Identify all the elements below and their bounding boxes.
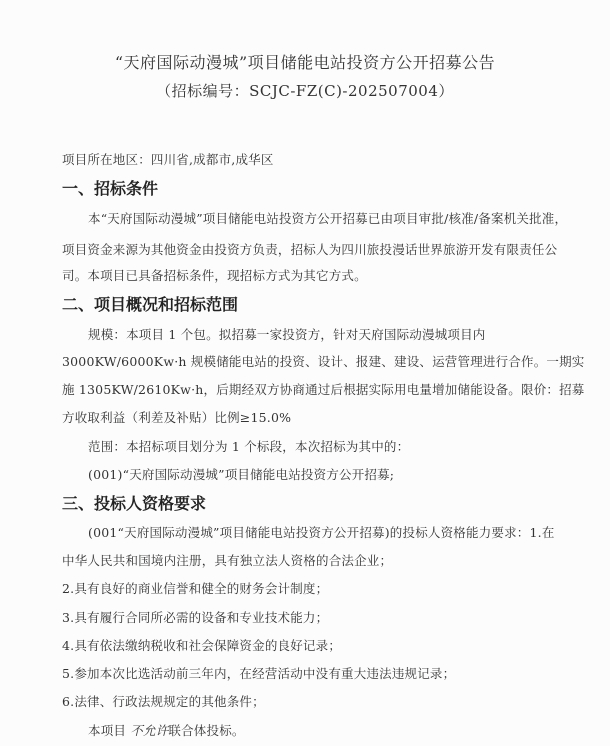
section-3-line: 3.具有履行合同所必需的设备和专业技术能力； (62, 608, 328, 626)
section-1-line: 本“天府国际动漫城”项目储能电站投资方公开招募已由项目审批/核准/备案机关批准， (88, 209, 567, 227)
section-2-line: 3000KW/6000Kw·h 规模储能电站的投资、设计、报建、建设、运营管理进… (62, 352, 585, 370)
section-2-line: 规模：本项目 1 个包。拟招募一家投资方，针对天府国际动漫城项目内 (88, 325, 486, 343)
section-heading-3: 三、投标人资格要求 (62, 491, 206, 514)
section-1-line: 司。本项目已具备招标条件，现招标方式为其它方式。 (62, 266, 367, 284)
section-3-line: 2.具有良好的商业信誉和健全的财务会计制度； (62, 579, 328, 597)
section-1-line: 项目资金来源为其他资金由投资方负责，招标人为四川旅投漫话世界旅游开发有限责任公 (62, 240, 557, 258)
section-2-line: 方收取利益（利差及补贴）比例≥15.0% (62, 408, 291, 426)
consortium-note-emphasis: 不允许 (130, 723, 168, 738)
section-heading-2: 二、项目概况和招标范围 (62, 292, 238, 315)
consortium-note-prefix: 本项目 (88, 723, 126, 738)
section-heading-1: 一、招标条件 (62, 176, 158, 199)
section-3-line: 中华人民共和国境内注册，具有独立法人资格的合法企业； (62, 551, 392, 569)
consortium-note-suffix: 联合体投标。 (168, 723, 244, 738)
section-2-line: 施 1305KW/2610Kw·h，后期经双方协商通过后根据实际用电量增加储能设… (62, 380, 585, 398)
document-title: “天府国际动漫城”项目储能电站投资方公开招募公告 (0, 50, 610, 73)
project-location: 项目所在地区：四川省,成都市,成华区 (62, 150, 274, 168)
section-3-line: 5.参加本次比选活动前三年内，在经营活动中没有重大违法违规记录； (62, 664, 455, 682)
section-2-line: (001)“天府国际动漫城”项目储能电站投资方公开招募; (88, 465, 394, 483)
section-3-line: 6.法律、行政法规规定的其他条件； (62, 692, 265, 710)
section-3-line: 4.具有依法缴纳税收和社会保障资金的良好记录； (62, 636, 341, 654)
section-3-line: (001“天府国际动漫城”项目储能电站投资方公开招募)的投标人资格能力要求：1.… (88, 523, 555, 541)
consortium-note: 本项目 不允许联合体投标。 (88, 721, 245, 739)
bid-number: （招标编号：SCJC-FZ(C)-202507004） (0, 80, 610, 101)
section-2-line: 范围：本招标项目划分为 1 个标段，本次招标为其中的： (88, 437, 409, 455)
